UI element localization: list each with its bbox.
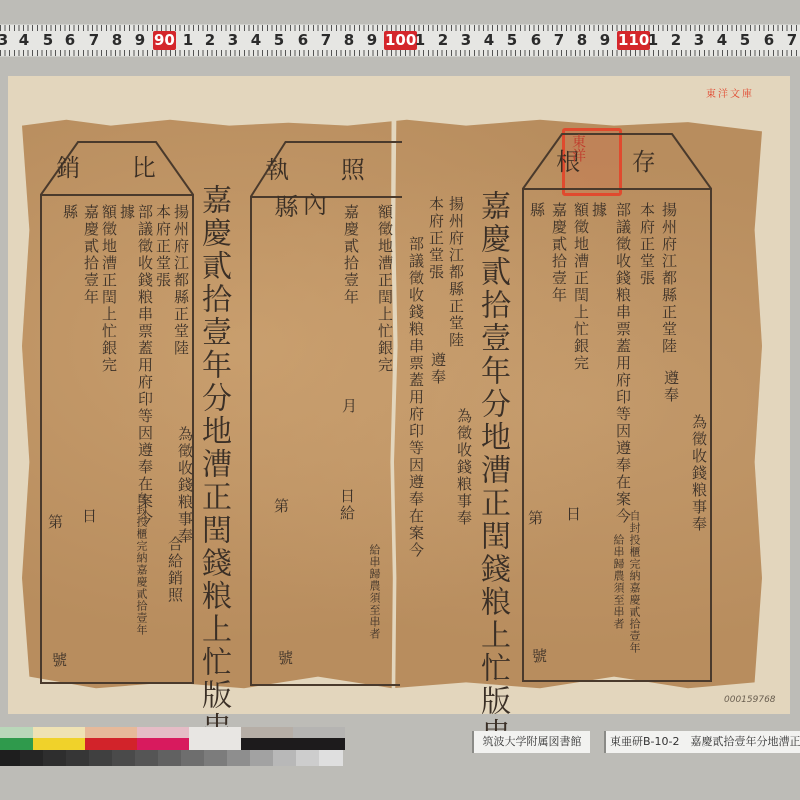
right-line3: 部議徵收錢粮串票蓋用府印等因遵奉在案今: [615, 202, 630, 525]
swatch-light-yellow: [33, 727, 85, 738]
left-tally-roof-label: 銷 比: [42, 148, 192, 183]
gray-step: [227, 750, 250, 766]
middle-serial-prefix: 第: [273, 498, 288, 515]
library-label: 筑波大学附属図書館: [474, 731, 590, 753]
ruler-number: 5: [269, 31, 289, 50]
right-line4: 據: [591, 202, 606, 219]
swatch-black: [293, 738, 345, 750]
ruler-number: 9: [362, 31, 382, 50]
middle-line1: 額徵地漕正閏上忙銀完: [377, 204, 392, 374]
left-signature: 𢢢: [72, 388, 100, 416]
middle-line3: 給串歸農須至串者: [369, 544, 380, 640]
ruler-number: 6: [293, 31, 313, 50]
ruler-number: 2: [666, 31, 686, 50]
gray-step: [204, 750, 227, 766]
right-line10: 給串歸農須至串者: [613, 534, 624, 630]
left-serial-suffix: 號: [51, 652, 66, 669]
right-line2: 本府正堂張: [639, 202, 654, 287]
left-line9: 合給銷照: [167, 536, 182, 604]
ruler-number: 9: [130, 31, 150, 50]
swatch-red: [85, 738, 137, 750]
left-day: 日: [81, 508, 96, 525]
middle-line8: 遵奉: [430, 352, 445, 386]
middle-line2: 嘉慶貳拾壹年: [343, 204, 358, 306]
gray-step: [181, 750, 204, 766]
middle-line7: 為徵收錢粮事奉: [456, 408, 471, 527]
left-line5: 額徵地漕正閏上忙銀完: [101, 204, 116, 374]
ruler-number: 3: [223, 31, 243, 50]
left-line1: 揚州府江都縣正堂陸: [173, 204, 188, 357]
swatch-light-magenta: [137, 727, 189, 738]
ruler-number: 5: [38, 31, 58, 50]
ruler-number: 2: [200, 31, 220, 50]
right-line6: 嘉慶貳拾壹年: [551, 202, 566, 304]
ruler-number: 3: [689, 31, 709, 50]
ruler-number: 8: [339, 31, 359, 50]
ruler-number: 4: [479, 31, 499, 50]
swatch-light-green: [0, 727, 33, 738]
gray-step: [250, 750, 273, 766]
right-line8: 遵奉: [663, 370, 678, 404]
middle-day-give: 日給: [339, 488, 354, 522]
ruler-number: 6: [60, 31, 80, 50]
right-serial-prefix: 第: [527, 510, 542, 527]
ruler-number: 9: [595, 31, 615, 50]
left-county: 縣: [62, 204, 77, 221]
gray-step: [135, 750, 158, 766]
gray-step: [319, 750, 343, 766]
color-chart-row-light: [0, 727, 345, 738]
grayscale-strip: [0, 750, 343, 766]
gray-step: [20, 750, 43, 766]
right-line1: 揚州府江都縣正堂陸: [661, 202, 676, 355]
ruler-number: 1: [643, 31, 663, 50]
left-tally-frame: 銷 比 揚州府江都縣正堂陸 本府正堂張 部議徵收錢粮串票蓋用府印等因遵奉在案今 …: [40, 196, 194, 684]
ruler-number: 4: [14, 31, 34, 50]
gray-step: [296, 750, 319, 766]
right-tally-roof-label: 根 存: [524, 142, 710, 177]
color-calibration-chart: [0, 727, 347, 769]
ruler-number: 2: [433, 31, 453, 50]
ruler-number: 4: [246, 31, 266, 50]
left-line3: 部議徵收錢粮串票蓋用府印等因遵奉在案今: [137, 204, 152, 527]
measuring-ruler: 3 4 5 6 7 8 9 90 1 2 3 4 5 6 7 8 9 100 1…: [0, 24, 800, 57]
gray-step: [112, 750, 135, 766]
ruler-number: 8: [107, 31, 127, 50]
ruler-number: 3: [456, 31, 476, 50]
swatch-black: [241, 738, 293, 750]
swatch-white: [189, 727, 241, 738]
swatch-white: [189, 738, 241, 750]
ruler-number: 6: [759, 31, 779, 50]
swatch-gray: [293, 727, 345, 738]
gray-step: [158, 750, 181, 766]
left-serial-prefix: 第: [47, 514, 62, 531]
ruler-number-major: 90: [153, 31, 176, 50]
ruler-number: 7: [84, 31, 104, 50]
right-line7: 為徵收錢粮事奉: [691, 414, 706, 533]
swatch-yellow: [33, 738, 85, 750]
middle-serial-suffix: 號: [277, 650, 292, 667]
collection-stamp-note: 東洋文庫: [706, 85, 754, 100]
middle-county: 縣: [272, 194, 296, 221]
middle-line5: 本府正堂張: [428, 196, 443, 281]
ruler-ticks-bottom: [0, 50, 800, 56]
left-line6: 嘉慶貳拾壹年: [83, 204, 98, 306]
swatch-magenta: [137, 738, 189, 750]
right-signature: 𢢢: [568, 372, 596, 400]
right-serial-suffix: 號: [531, 648, 546, 665]
ruler-number: 5: [735, 31, 755, 50]
gray-step: [89, 750, 112, 766]
right-day: 日: [565, 506, 580, 523]
gray-step: [66, 750, 89, 766]
red-seal-text: 東洋: [568, 134, 588, 162]
swatch-light-gray: [241, 727, 293, 738]
right-county: 縣: [529, 202, 544, 219]
ruler-number: 4: [712, 31, 732, 50]
call-number-label: 東亜研B-10-2 嘉慶貳拾壹年分地漕正閏錢糧: [606, 731, 800, 753]
middle-month: 月: [341, 398, 356, 415]
left-line4: 據: [119, 204, 134, 221]
right-big-title: 嘉慶貳拾壹年分地漕正閏錢粮上忙版串: [477, 190, 507, 751]
gray-step: [0, 750, 20, 766]
catalog-number: 000159768: [724, 695, 776, 705]
ruler-number: 3: [0, 31, 13, 50]
middle-signature: 𢢢: [370, 388, 398, 416]
ruler-number: 1: [178, 31, 198, 50]
ruler-number: 7: [782, 31, 800, 50]
ruler-number: 5: [502, 31, 522, 50]
gray-step: [273, 750, 296, 766]
swatch-green: [0, 738, 33, 750]
right-tally-frame: 根 存 揚州府江都縣正堂陸 本府正堂張 部議徵收錢粮串票蓋用府印等因遵奉在案今 …: [522, 190, 712, 682]
left-line7: 為徵收錢粮事奉: [177, 426, 192, 545]
middle-big-title: 嘉慶貳拾壹年分地漕正閏錢粮上忙版串: [198, 184, 228, 745]
right-line9: 自封投櫃完納嘉慶貳拾壹年: [629, 510, 640, 654]
color-chart-row-saturated: [0, 738, 345, 750]
left-line2: 本府正堂張: [155, 204, 170, 289]
right-line5: 額徵地漕正閏上忙銀完: [573, 202, 588, 372]
middle-line4: 揚州府江都縣正堂陸: [448, 196, 463, 349]
middle-tally-frame: 執 照 內 額徵地漕正閏上忙銀完 嘉慶貳拾壹年 縣 𢢢 月 日給 第 號 給串歸…: [250, 198, 400, 686]
swatch-light-red: [85, 727, 137, 738]
middle-line6: 部議徵收錢粮串票蓋用府印等因遵奉在案今: [408, 236, 423, 559]
ruler-number: 8: [572, 31, 592, 50]
ruler-number: 7: [316, 31, 336, 50]
gray-step: [43, 750, 66, 766]
ruler-number: 7: [549, 31, 569, 50]
ruler-number: 6: [526, 31, 546, 50]
left-line8: 自封投櫃完納嘉慶貳拾壹年: [136, 492, 147, 636]
ruler-number: 1: [410, 31, 430, 50]
